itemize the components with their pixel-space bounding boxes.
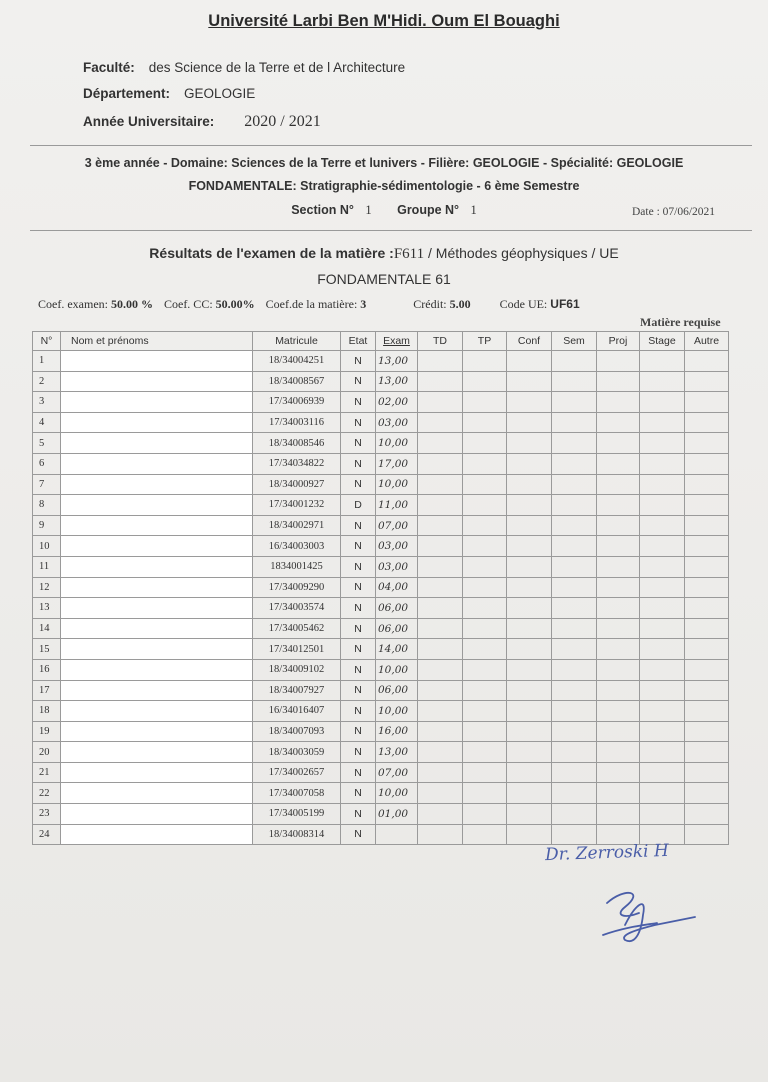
exam-grade: 17,00 xyxy=(376,453,418,474)
results-title-line2: FONDAMENTALE 61 xyxy=(0,271,768,287)
stage-grade xyxy=(640,804,685,825)
etat: N xyxy=(341,351,376,372)
td-grade xyxy=(418,515,463,536)
student-name-redacted xyxy=(61,824,253,845)
autre-grade xyxy=(685,659,729,680)
student-name-redacted xyxy=(61,598,253,619)
coefficients-row: Coef. examen: 50.00 % Coef. CC: 50.00% C… xyxy=(38,297,580,312)
student-name-redacted xyxy=(61,495,253,516)
exam-grade: 03,00 xyxy=(376,536,418,557)
student-name-redacted xyxy=(61,392,253,413)
groupe-label: Groupe N° xyxy=(397,203,459,217)
autre-grade xyxy=(685,721,729,742)
university-title: Université Larbi Ben M'Hidi. Oum El Boua… xyxy=(0,12,768,31)
conf-grade xyxy=(507,371,552,392)
conf-grade xyxy=(507,598,552,619)
matricule: 17/34007058 xyxy=(253,783,341,804)
exam-grade: 10,00 xyxy=(376,783,418,804)
row-number: 6 xyxy=(33,453,61,474)
td-grade xyxy=(418,351,463,372)
td-grade xyxy=(418,824,463,845)
matricule: 17/34009290 xyxy=(253,577,341,598)
td-grade xyxy=(418,742,463,763)
row-number: 20 xyxy=(33,742,61,763)
sem-grade xyxy=(552,371,597,392)
autre-grade xyxy=(685,680,729,701)
exam-grade: 06,00 xyxy=(376,598,418,619)
etat: N xyxy=(341,371,376,392)
sem-grade xyxy=(552,392,597,413)
sem-grade xyxy=(552,824,597,845)
table-row: 1317/34003574N06,00 xyxy=(33,598,729,619)
tp-grade xyxy=(463,783,507,804)
conf-grade xyxy=(507,762,552,783)
sem-grade xyxy=(552,351,597,372)
stage-grade xyxy=(640,371,685,392)
table-body: 118/34004251N13,00218/34008567N13,00317/… xyxy=(33,351,729,845)
row-number: 2 xyxy=(33,371,61,392)
tp-grade xyxy=(463,618,507,639)
td-grade xyxy=(418,618,463,639)
etat: N xyxy=(341,412,376,433)
row-number: 1 xyxy=(33,351,61,372)
student-name-redacted xyxy=(61,371,253,392)
row-number: 23 xyxy=(33,804,61,825)
stage-grade xyxy=(640,515,685,536)
program-line-1: 3 ème année - Domaine: Sciences de la Te… xyxy=(0,156,768,170)
exam-grade: 03,00 xyxy=(376,556,418,577)
autre-grade xyxy=(685,433,729,454)
exam-grade: 14,00 xyxy=(376,639,418,660)
conf-grade xyxy=(507,824,552,845)
td-grade xyxy=(418,412,463,433)
tp-grade xyxy=(463,433,507,454)
row-number: 7 xyxy=(33,474,61,495)
departement-row: Département:GEOLOGIE xyxy=(83,86,255,101)
section-label: Section N° xyxy=(291,203,354,217)
etat: N xyxy=(341,392,376,413)
grades-table: N° Nom et prénoms Matricule Etat Exam TD… xyxy=(32,331,729,845)
conf-grade xyxy=(507,412,552,433)
td-grade xyxy=(418,556,463,577)
etat: N xyxy=(341,515,376,536)
exam-grade: 07,00 xyxy=(376,515,418,536)
tp-grade xyxy=(463,412,507,433)
table-row: 111834001425N03,00 xyxy=(33,556,729,577)
student-name-redacted xyxy=(61,783,253,804)
autre-grade xyxy=(685,804,729,825)
sem-grade xyxy=(552,433,597,454)
conf-grade xyxy=(507,680,552,701)
row-number: 21 xyxy=(33,762,61,783)
td-grade xyxy=(418,536,463,557)
exam-grade: 10,00 xyxy=(376,659,418,680)
conf-grade xyxy=(507,742,552,763)
proj-grade xyxy=(597,474,640,495)
table-row: 1217/34009290N04,00 xyxy=(33,577,729,598)
etat: N xyxy=(341,824,376,845)
stage-grade xyxy=(640,536,685,557)
td-grade xyxy=(418,474,463,495)
stage-grade xyxy=(640,639,685,660)
stage-grade xyxy=(640,701,685,722)
tp-grade xyxy=(463,824,507,845)
etat: N xyxy=(341,701,376,722)
td-grade xyxy=(418,680,463,701)
sem-grade xyxy=(552,618,597,639)
td-grade xyxy=(418,721,463,742)
stage-grade xyxy=(640,598,685,619)
conf-grade xyxy=(507,721,552,742)
col-matricule: Matricule xyxy=(253,332,341,351)
tp-grade xyxy=(463,351,507,372)
etat: D xyxy=(341,495,376,516)
divider xyxy=(30,145,752,146)
table-row: 317/34006939N02,00 xyxy=(33,392,729,413)
date: Date : 07/06/2021 xyxy=(632,206,715,218)
student-name-redacted xyxy=(61,515,253,536)
td-grade xyxy=(418,783,463,804)
exam-grade: 10,00 xyxy=(376,433,418,454)
credit-value: 5.00 xyxy=(450,297,471,311)
signature-icon xyxy=(595,885,705,955)
student-name-redacted xyxy=(61,577,253,598)
table-row: 1918/34007093N16,00 xyxy=(33,721,729,742)
matiere-requise: Matière requise xyxy=(640,315,721,330)
sem-grade xyxy=(552,495,597,516)
td-grade xyxy=(418,598,463,619)
sem-grade xyxy=(552,412,597,433)
table-row: 2018/34003059N13,00 xyxy=(33,742,729,763)
proj-grade xyxy=(597,783,640,804)
matiere-name: / Méthodes géophysiques / UE xyxy=(424,245,619,261)
stage-grade xyxy=(640,392,685,413)
sem-grade xyxy=(552,701,597,722)
etat: N xyxy=(341,721,376,742)
tp-grade xyxy=(463,453,507,474)
exam-grade: 06,00 xyxy=(376,618,418,639)
tp-grade xyxy=(463,371,507,392)
tp-grade xyxy=(463,536,507,557)
tp-grade xyxy=(463,598,507,619)
proj-grade xyxy=(597,680,640,701)
student-name-redacted xyxy=(61,659,253,680)
proj-grade xyxy=(597,598,640,619)
stage-grade xyxy=(640,762,685,783)
exam-grade xyxy=(376,824,418,845)
col-stage: Stage xyxy=(640,332,685,351)
student-name-redacted xyxy=(61,474,253,495)
etat: N xyxy=(341,474,376,495)
autre-grade xyxy=(685,577,729,598)
row-number: 22 xyxy=(33,783,61,804)
table-row: 1816/34016407N10,00 xyxy=(33,701,729,722)
tp-grade xyxy=(463,515,507,536)
col-exam-label: Exam xyxy=(383,335,410,347)
exam-grade: 13,00 xyxy=(376,371,418,392)
stage-grade xyxy=(640,783,685,804)
student-name-redacted xyxy=(61,762,253,783)
proj-grade xyxy=(597,804,640,825)
etat: N xyxy=(341,742,376,763)
tp-grade xyxy=(463,659,507,680)
section-value: 1 xyxy=(365,203,371,217)
faculte-value: des Science de la Terre et de l Architec… xyxy=(149,60,405,75)
tp-grade xyxy=(463,556,507,577)
row-number: 9 xyxy=(33,515,61,536)
matricule: 17/34012501 xyxy=(253,639,341,660)
coef-examen-value: 50.00 % xyxy=(111,297,153,311)
etat: N xyxy=(341,433,376,454)
proj-grade xyxy=(597,639,640,660)
col-conf: Conf xyxy=(507,332,552,351)
matricule: 17/34005199 xyxy=(253,804,341,825)
stage-grade xyxy=(640,659,685,680)
divider xyxy=(30,230,752,231)
student-name-redacted xyxy=(61,804,253,825)
matricule: 18/34008546 xyxy=(253,433,341,454)
col-autre: Autre xyxy=(685,332,729,351)
conf-grade xyxy=(507,783,552,804)
matricule: 18/34008567 xyxy=(253,371,341,392)
table-row: 1417/34005462N06,00 xyxy=(33,618,729,639)
sem-grade xyxy=(552,742,597,763)
proj-grade xyxy=(597,412,640,433)
departement-value: GEOLOGIE xyxy=(184,86,255,101)
td-grade xyxy=(418,495,463,516)
conf-grade xyxy=(507,351,552,372)
signature-name: Dr. Zerroski H xyxy=(545,841,669,865)
table-row: 1016/34003003N03,00 xyxy=(33,536,729,557)
student-name-redacted xyxy=(61,639,253,660)
matricule: 17/34001232 xyxy=(253,495,341,516)
row-number: 11 xyxy=(33,556,61,577)
col-sem: Sem xyxy=(552,332,597,351)
proj-grade xyxy=(597,536,640,557)
tp-grade xyxy=(463,495,507,516)
matricule: 17/34005462 xyxy=(253,618,341,639)
sem-grade xyxy=(552,556,597,577)
autre-grade xyxy=(685,556,729,577)
stage-grade xyxy=(640,721,685,742)
student-name-redacted xyxy=(61,536,253,557)
stage-grade xyxy=(640,453,685,474)
matricule: 18/34008314 xyxy=(253,824,341,845)
etat: N xyxy=(341,639,376,660)
autre-grade xyxy=(685,453,729,474)
conf-grade xyxy=(507,639,552,660)
credit-label: Crédit: xyxy=(413,297,446,312)
table-row: 2317/34005199N01,00 xyxy=(33,804,729,825)
proj-grade xyxy=(597,556,640,577)
exam-grade: 07,00 xyxy=(376,762,418,783)
student-name-redacted xyxy=(61,701,253,722)
autre-grade xyxy=(685,701,729,722)
tp-grade xyxy=(463,742,507,763)
proj-grade xyxy=(597,618,640,639)
autre-grade xyxy=(685,371,729,392)
departement-label: Département: xyxy=(83,86,170,101)
results-label: Résultats de l'examen de la matière : xyxy=(149,245,394,261)
row-number: 17 xyxy=(33,680,61,701)
exam-grade: 03,00 xyxy=(376,412,418,433)
student-name-redacted xyxy=(61,433,253,454)
autre-grade xyxy=(685,639,729,660)
proj-grade xyxy=(597,453,640,474)
table-row: 2117/34002657N07,00 xyxy=(33,762,729,783)
proj-grade xyxy=(597,495,640,516)
etat: N xyxy=(341,659,376,680)
tp-grade xyxy=(463,804,507,825)
table-row: 617/34034822N17,00 xyxy=(33,453,729,474)
exam-grade: 10,00 xyxy=(376,474,418,495)
col-tp: TP xyxy=(463,332,507,351)
exam-grade: 11,00 xyxy=(376,495,418,516)
sem-grade xyxy=(552,783,597,804)
table-row: 417/34003116N03,00 xyxy=(33,412,729,433)
matricule: 17/34003574 xyxy=(253,598,341,619)
proj-grade xyxy=(597,433,640,454)
proj-grade xyxy=(597,762,640,783)
stage-grade xyxy=(640,495,685,516)
sem-grade xyxy=(552,762,597,783)
exam-grade: 13,00 xyxy=(376,351,418,372)
row-number: 12 xyxy=(33,577,61,598)
stage-grade xyxy=(640,742,685,763)
table-header-row: N° Nom et prénoms Matricule Etat Exam TD… xyxy=(33,332,729,351)
exam-grade: 13,00 xyxy=(376,742,418,763)
autre-grade xyxy=(685,515,729,536)
matricule: 17/34003116 xyxy=(253,412,341,433)
conf-grade xyxy=(507,392,552,413)
conf-grade xyxy=(507,577,552,598)
autre-grade xyxy=(685,412,729,433)
sem-grade xyxy=(552,577,597,598)
matricule: 16/34003003 xyxy=(253,536,341,557)
tp-grade xyxy=(463,474,507,495)
stage-grade xyxy=(640,577,685,598)
ue-name: FONDAMENTALE 61 xyxy=(317,271,451,287)
row-number: 4 xyxy=(33,412,61,433)
coef-matiere-label: Coef.de la matière: xyxy=(266,297,358,312)
col-nom: Nom et prénoms xyxy=(61,332,253,351)
table-row: 918/34002971N07,00 xyxy=(33,515,729,536)
tp-grade xyxy=(463,721,507,742)
matricule: 18/34000927 xyxy=(253,474,341,495)
matricule: 16/34016407 xyxy=(253,701,341,722)
sem-grade xyxy=(552,515,597,536)
annee-value: 2020 / 2021 xyxy=(244,113,320,130)
conf-grade xyxy=(507,618,552,639)
proj-grade xyxy=(597,701,640,722)
table-row: 518/34008546N10,00 xyxy=(33,433,729,454)
row-number: 16 xyxy=(33,659,61,680)
exam-grade: 06,00 xyxy=(376,680,418,701)
etat: N xyxy=(341,536,376,557)
autre-grade xyxy=(685,351,729,372)
sem-grade xyxy=(552,680,597,701)
results-title: Résultats de l'examen de la matière :F61… xyxy=(0,245,768,263)
matricule: 17/34006939 xyxy=(253,392,341,413)
autre-grade xyxy=(685,618,729,639)
proj-grade xyxy=(597,515,640,536)
sem-grade xyxy=(552,453,597,474)
matricule: 17/34034822 xyxy=(253,453,341,474)
tp-grade xyxy=(463,701,507,722)
td-grade xyxy=(418,433,463,454)
row-number: 13 xyxy=(33,598,61,619)
td-grade xyxy=(418,392,463,413)
tp-grade xyxy=(463,762,507,783)
col-etat: Etat xyxy=(341,332,376,351)
conf-grade xyxy=(507,804,552,825)
autre-grade xyxy=(685,598,729,619)
row-number: 14 xyxy=(33,618,61,639)
sem-grade xyxy=(552,721,597,742)
stage-grade xyxy=(640,433,685,454)
td-grade xyxy=(418,577,463,598)
exam-grade: 10,00 xyxy=(376,701,418,722)
conf-grade xyxy=(507,474,552,495)
row-number: 3 xyxy=(33,392,61,413)
exam-grade: 04,00 xyxy=(376,577,418,598)
student-name-redacted xyxy=(61,556,253,577)
matricule: 1834001425 xyxy=(253,556,341,577)
table-row: 1618/34009102N10,00 xyxy=(33,659,729,680)
sem-grade xyxy=(552,536,597,557)
conf-grade xyxy=(507,536,552,557)
code-ue-label: Code UE: xyxy=(500,297,548,312)
sem-grade xyxy=(552,659,597,680)
proj-grade xyxy=(597,371,640,392)
sem-grade xyxy=(552,639,597,660)
autre-grade xyxy=(685,824,729,845)
td-grade xyxy=(418,701,463,722)
stage-grade xyxy=(640,474,685,495)
row-number: 8 xyxy=(33,495,61,516)
groupe-value: 1 xyxy=(471,203,477,217)
proj-grade xyxy=(597,659,640,680)
matricule: 18/34004251 xyxy=(253,351,341,372)
sem-grade xyxy=(552,474,597,495)
tp-grade xyxy=(463,392,507,413)
student-name-redacted xyxy=(61,412,253,433)
etat: N xyxy=(341,556,376,577)
student-name-redacted xyxy=(61,618,253,639)
coef-matiere-value: 3 xyxy=(360,297,366,311)
matricule: 18/34007093 xyxy=(253,721,341,742)
stage-grade xyxy=(640,412,685,433)
conf-grade xyxy=(507,701,552,722)
row-number: 19 xyxy=(33,721,61,742)
matricule: 17/34002657 xyxy=(253,762,341,783)
col-n: N° xyxy=(33,332,61,351)
etat: N xyxy=(341,804,376,825)
matricule: 18/34009102 xyxy=(253,659,341,680)
table-row: 718/34000927N10,00 xyxy=(33,474,729,495)
exam-grade: 16,00 xyxy=(376,721,418,742)
exam-grade: 02,00 xyxy=(376,392,418,413)
annee-label: Année Universitaire: xyxy=(83,114,214,129)
conf-grade xyxy=(507,659,552,680)
td-grade xyxy=(418,659,463,680)
etat: N xyxy=(341,680,376,701)
table-row: 2217/34007058N10,00 xyxy=(33,783,729,804)
row-number: 24 xyxy=(33,824,61,845)
program-line-2: FONDAMENTALE: Stratigraphie-sédimentolog… xyxy=(0,179,768,193)
etat: N xyxy=(341,453,376,474)
autre-grade xyxy=(685,762,729,783)
